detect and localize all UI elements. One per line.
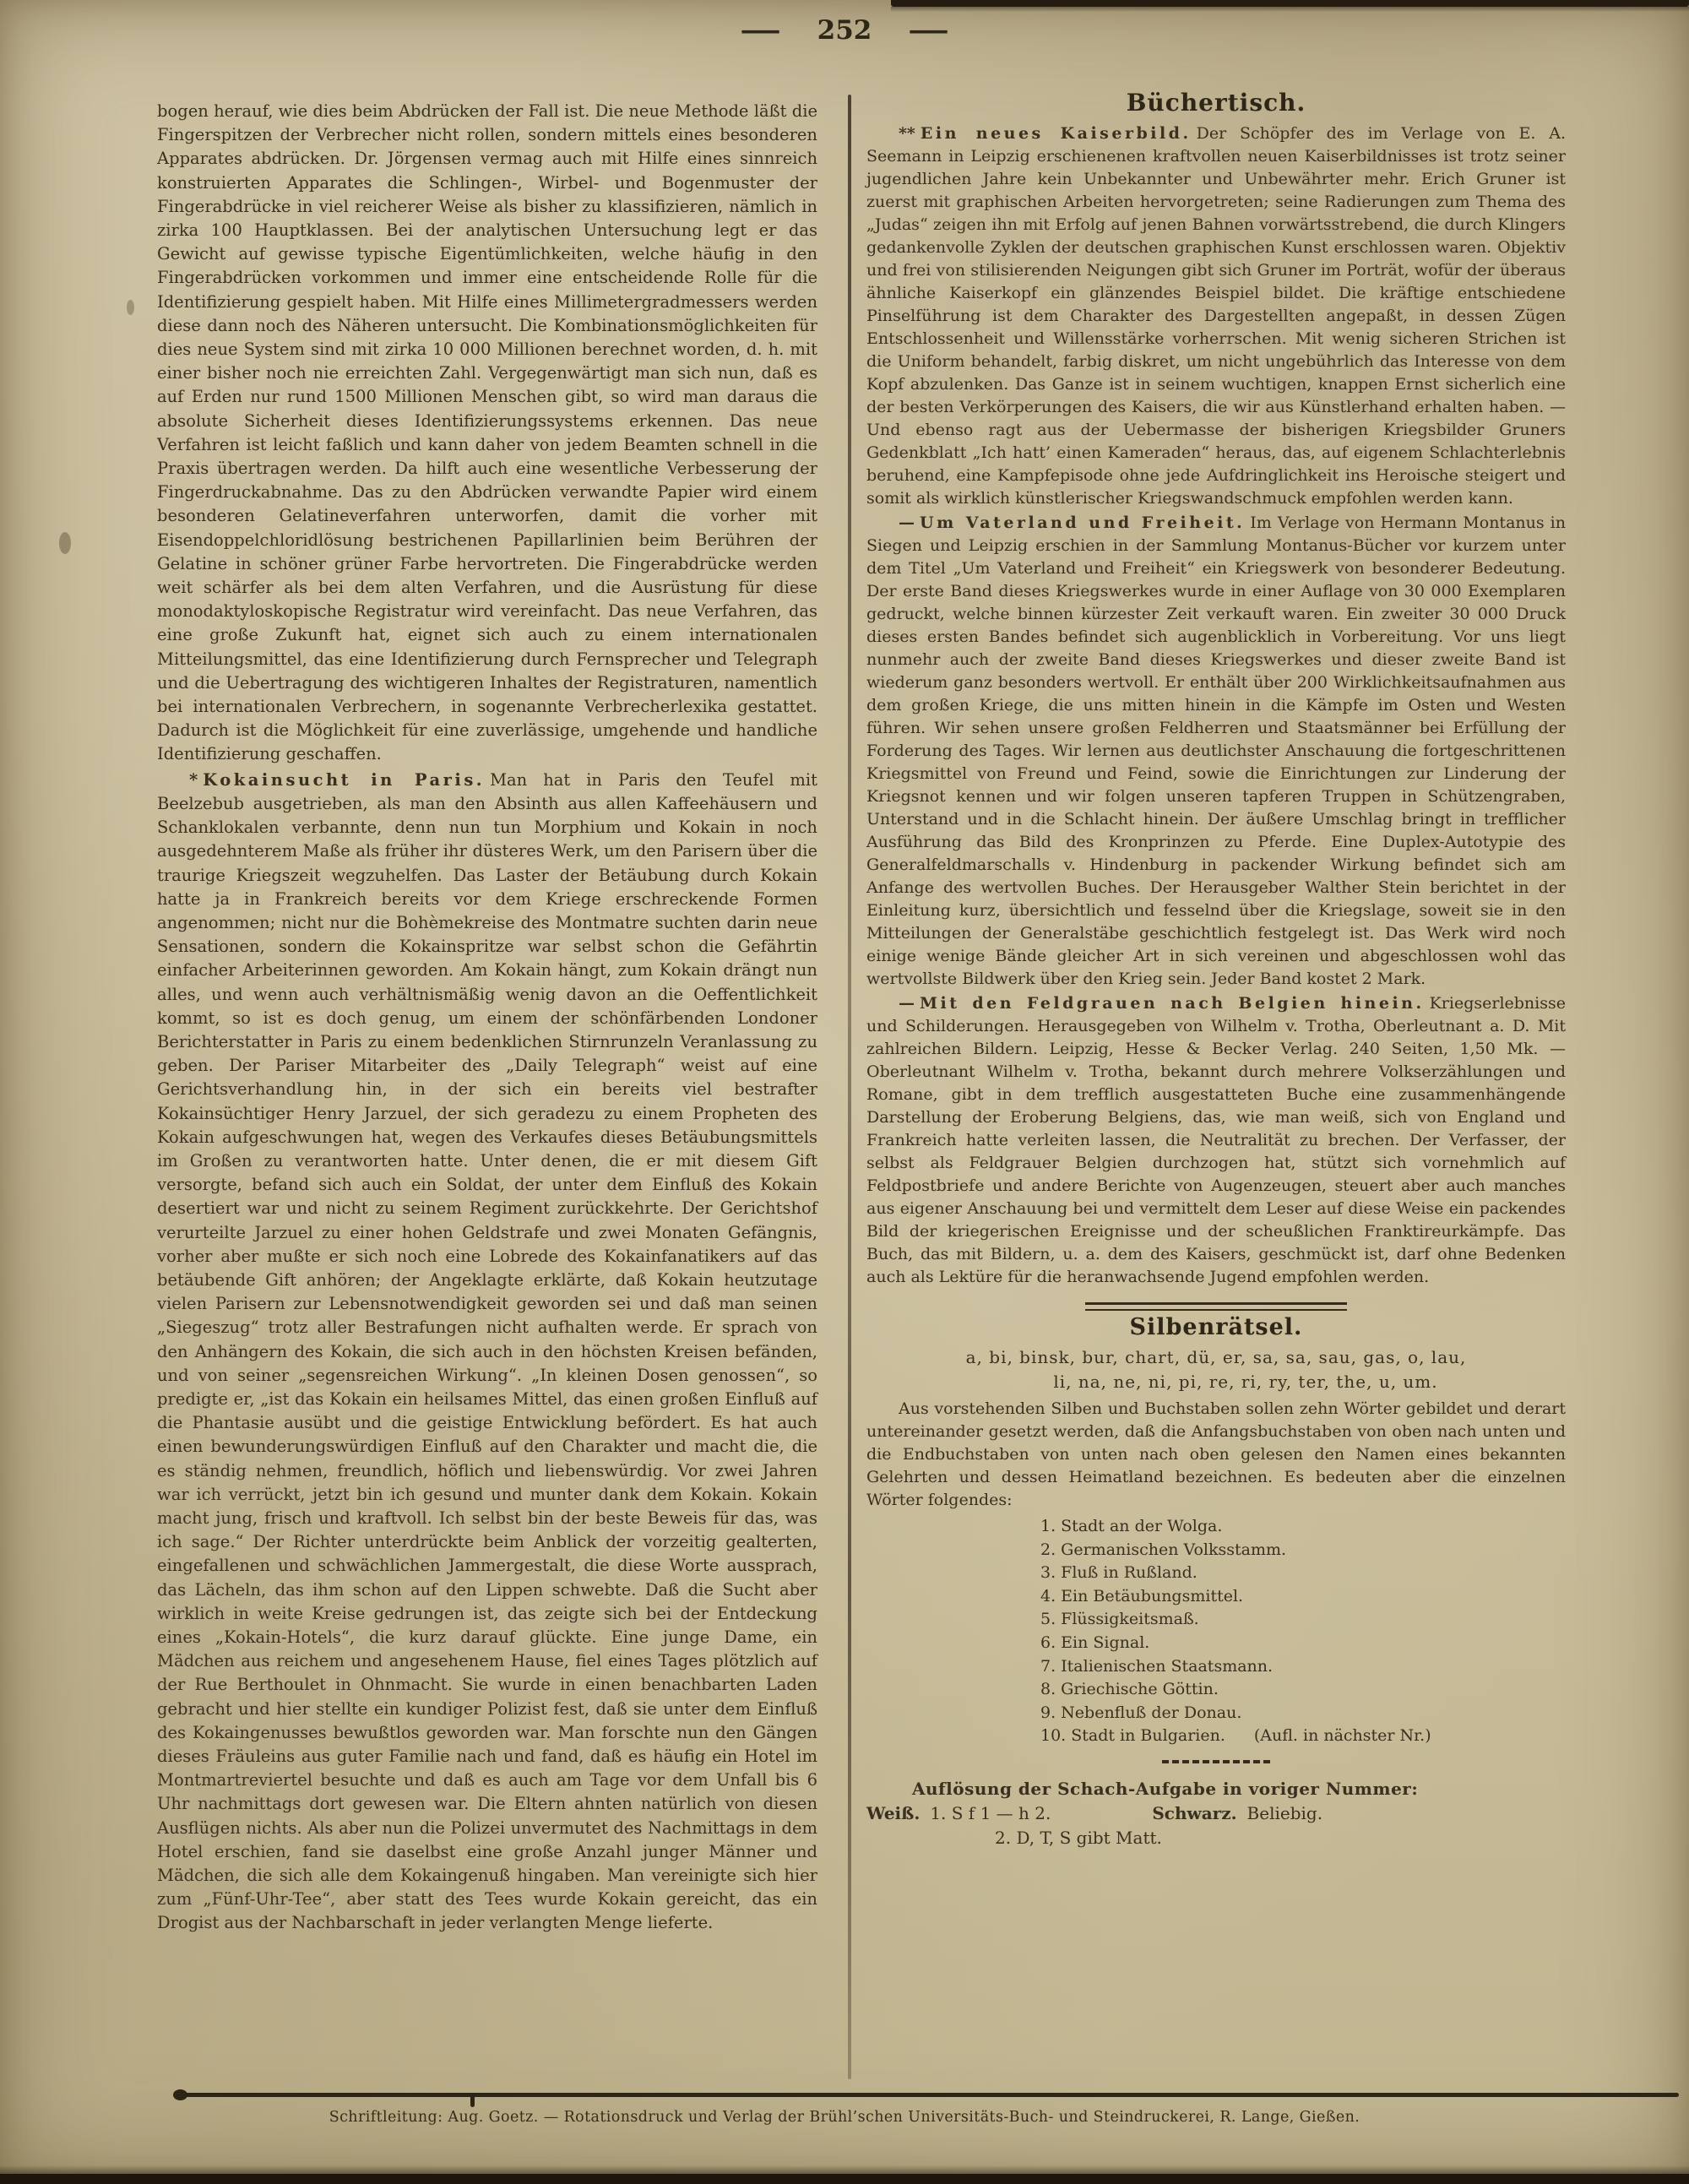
- riddle-heading: Silbenrätsel.: [866, 1316, 1566, 1339]
- riddle-item-7: 7. Italienischen Staatsmann.: [1040, 1655, 1566, 1679]
- footer-divider-rule: [179, 2093, 1679, 2097]
- riddle-item-2: 2. Germanischen Volksstamm.: [1040, 1539, 1566, 1562]
- review-marker: —: [899, 513, 915, 532]
- review-feldgrauen-title: Mit den Feldgrauen nach Belgien hinein.: [920, 994, 1425, 1013]
- riddle-divider-rule: [1085, 1302, 1347, 1311]
- riddle-item-10: 10. Stadt in Bulgarien.(Aufl. in nächste…: [1040, 1725, 1566, 1748]
- riddle-item-5: 5. Flüssigkeitsmaß.: [1040, 1608, 1566, 1632]
- chess-white-label: Weiß.: [866, 1801, 920, 1826]
- riddle-instructions: Aus vorstehenden Silben und Buchstaben s…: [866, 1398, 1566, 1512]
- book-review-kaiserbild: **Ein neues Kaiserbild.Der Schöpfer des …: [866, 122, 1566, 510]
- column-fold-line: [848, 95, 851, 2079]
- page-number-dash-right: —: [908, 15, 950, 46]
- riddle-item-3: 3. Fluß in Rußland.: [1040, 1562, 1566, 1585]
- riddle-item-4: 4. Ein Betäubungsmittel.: [1040, 1585, 1566, 1609]
- riddle-item-9: 9. Nebenfluß der Donau.: [1040, 1702, 1566, 1725]
- scan-edge-bottom-shadow: [0, 2165, 1689, 2174]
- book-review-vaterland: —Um Vaterland und Freiheit.Im Verlage vo…: [866, 512, 1566, 991]
- review-vaterland-text: Im Verlage von Hermann Montanus in Siege…: [866, 513, 1566, 988]
- page-number-dash-left: —: [739, 15, 781, 46]
- ink-stain: [127, 300, 134, 315]
- right-column: Büchertisch. **Ein neues Kaiserbild.Der …: [866, 91, 1566, 1850]
- imprint-line: Schriftleitung: Aug. Goetz. — Rotationsd…: [0, 2109, 1689, 2126]
- review-feldgrauen-text: Kriegserlebnisse und Schilderungen. Hera…: [866, 994, 1566, 1286]
- chess-move-line-1: Weiß. 1. S f 1 — h 2. Schwarz. Beliebig.: [866, 1801, 1566, 1826]
- page-number-value: 252: [817, 15, 872, 46]
- riddle-word-list: 1. Stadt an der Wolga. 2. Germanischen V…: [866, 1515, 1566, 1748]
- riddle-item-10-text: 10. Stadt in Bulgarien.: [1040, 1726, 1225, 1745]
- article-cocaine-paris: *Kokainsucht in Paris.Man hat in Paris d…: [157, 769, 817, 1936]
- ink-stain: [59, 532, 71, 554]
- chess-white-move: 1. S f 1 — h 2.: [930, 1801, 1051, 1826]
- review-marker: **: [899, 124, 915, 143]
- article-marker: *: [189, 770, 198, 790]
- left-column: bogen herauf, wie dies beim Abdrücken de…: [157, 100, 817, 1937]
- scan-edge-top: [891, 0, 1689, 7]
- chess-black-move: Beliebig.: [1247, 1801, 1323, 1826]
- article-cocaine-title: Kokainsucht in Paris.: [203, 770, 485, 790]
- riddle-syllables-line1: a, bi, binsk, bur, chart, dü, er, sa, sa…: [866, 1345, 1566, 1370]
- section-dash-divider: [1162, 1760, 1270, 1763]
- article-cocaine-text: Man hat in Paris den Teufel mit Beelzebu…: [157, 770, 817, 1933]
- newspaper-page: —252— bogen herauf, wie dies beim Abdrüc…: [0, 0, 1689, 2184]
- review-kaiserbild-title: Ein neues Kaiserbild.: [921, 124, 1192, 143]
- scan-edge-top-shadow: [891, 7, 1689, 12]
- riddle-item-6: 6. Ein Signal.: [1040, 1632, 1566, 1655]
- article-fingerprint-method: bogen herauf, wie dies beim Abdrücken de…: [157, 100, 817, 767]
- riddle-item-8: 8. Griechische Göttin.: [1040, 1678, 1566, 1702]
- review-marker: —: [899, 994, 915, 1013]
- riddle-item-1: 1. Stadt an der Wolga.: [1040, 1515, 1566, 1539]
- riddle-solution-note: (Aufl. in nächster Nr.): [1254, 1726, 1431, 1745]
- riddle-syllables-line2: li, na, ne, ni, pi, re, ri, ry, ter, the…: [866, 1370, 1566, 1394]
- chess-black-label: Schwarz.: [1152, 1801, 1236, 1826]
- chess-solution-title: Auflösung der Schach-Aufgabe in voriger …: [866, 1777, 1566, 1801]
- article-fingerprint-text: bogen herauf, wie dies beim Abdrücken de…: [157, 101, 817, 763]
- scan-edge-bottom: [0, 2174, 1689, 2184]
- book-review-feldgrauen: —Mit den Feldgrauen nach Belgien hinein.…: [866, 992, 1566, 1289]
- chess-move-line-2: 2. D, T, S gibt Matt.: [866, 1826, 1566, 1850]
- books-section-heading: Büchertisch.: [866, 91, 1566, 114]
- page-number: —252—: [0, 15, 1689, 46]
- review-vaterland-title: Um Vaterland und Freiheit.: [920, 513, 1245, 532]
- review-kaiserbild-text: Der Schöpfer des im Verlage von E. A. Se…: [866, 124, 1566, 508]
- chess-solution: Auflösung der Schach-Aufgabe in voriger …: [866, 1777, 1566, 1850]
